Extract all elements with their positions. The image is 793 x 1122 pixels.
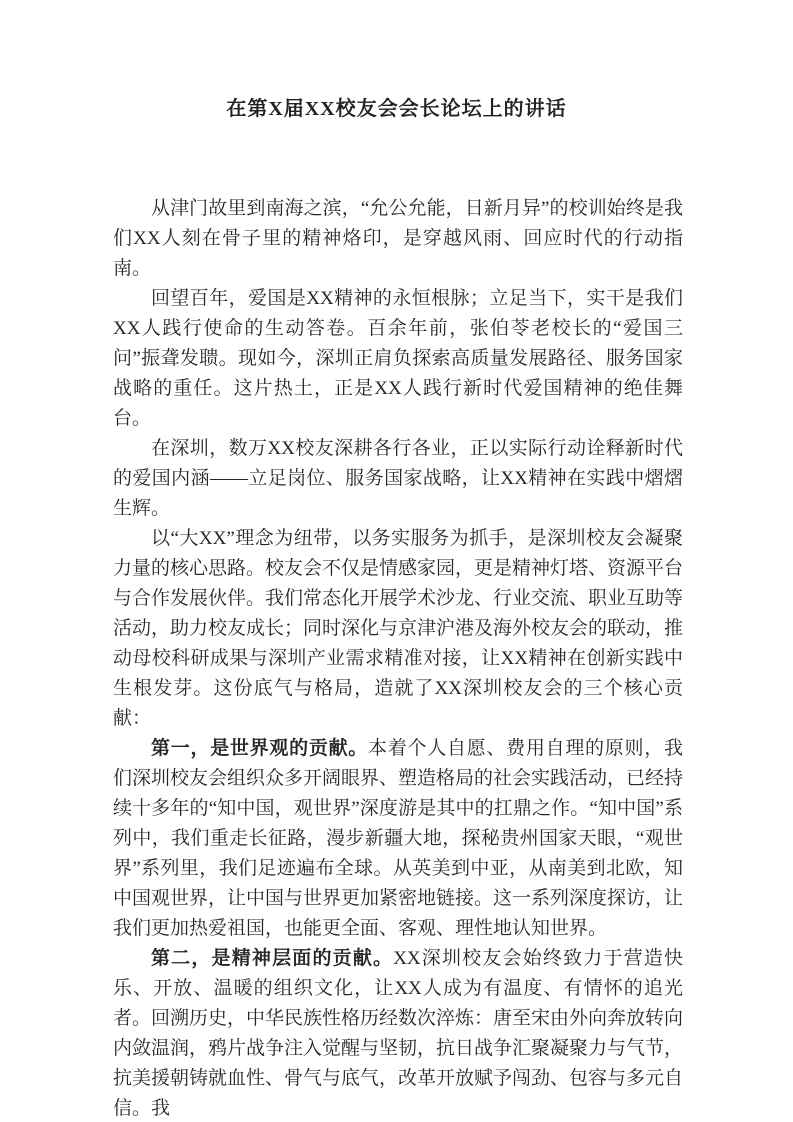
paragraph-3: 在深圳，数万XX校友深耕各行各业，正以实际行动诠释新时代的爱国内涵——立足岗位、… [113,434,683,524]
paragraph-6-text: XX深圳校友会始终致力于营造快乐、开放、温暖的组织文化，让XX人成为有温度、有情… [113,948,683,1119]
document-body: 从津门故里到南海之滨，“允公允能，日新月异”的校训始终是我们XX人刻在骨子里的精… [113,194,683,1122]
paragraph-6: 第二，是精神层面的贡献。XX深圳校友会始终致力于营造快乐、开放、温暖的组织文化，… [113,944,683,1122]
paragraph-6-lead: 第二，是精神层面的贡献。 [151,948,393,969]
paragraph-3-text: 在深圳，数万XX校友深耕各行各业，正以实际行动诠释新时代的爱国内涵——立足岗位、… [113,438,683,519]
paragraph-1-text: 从津门故里到南海之滨，“允公允能，日新月异”的校训始终是我们XX人刻在骨子里的精… [113,198,683,279]
paragraph-4: 以“大XX”理念为纽带，以务实服务为抓手，是深圳校友会凝聚力量的核心思路。校友会… [113,524,683,734]
paragraph-5-lead: 第一，是世界观的贡献。 [151,738,368,759]
document-title: 在第X届XX校友会会长论坛上的讲话 [0,0,793,122]
paragraph-2-text: 回望百年，爱国是XX精神的永恒根脉；立足当下，实干是我们XX人践行使命的生动答卷… [113,288,683,429]
paragraph-5-text: 本着个人自愿、费用自理的原则，我们深圳校友会组织众多开阔眼界、塑造格局的社会实践… [113,738,683,939]
paragraph-4-text: 以“大XX”理念为纽带，以务实服务为抓手，是深圳校友会凝聚力量的核心思路。校友会… [113,528,683,729]
paragraph-1: 从津门故里到南海之滨，“允公允能，日新月异”的校训始终是我们XX人刻在骨子里的精… [113,194,683,284]
paragraph-5: 第一，是世界观的贡献。本着个人自愿、费用自理的原则，我们深圳校友会组织众多开阔眼… [113,734,683,944]
paragraph-2: 回望百年，爱国是XX精神的永恒根脉；立足当下，实干是我们XX人践行使命的生动答卷… [113,284,683,434]
document-page: 在第X届XX校友会会长论坛上的讲话 从津门故里到南海之滨，“允公允能，日新月异”… [0,0,793,1122]
